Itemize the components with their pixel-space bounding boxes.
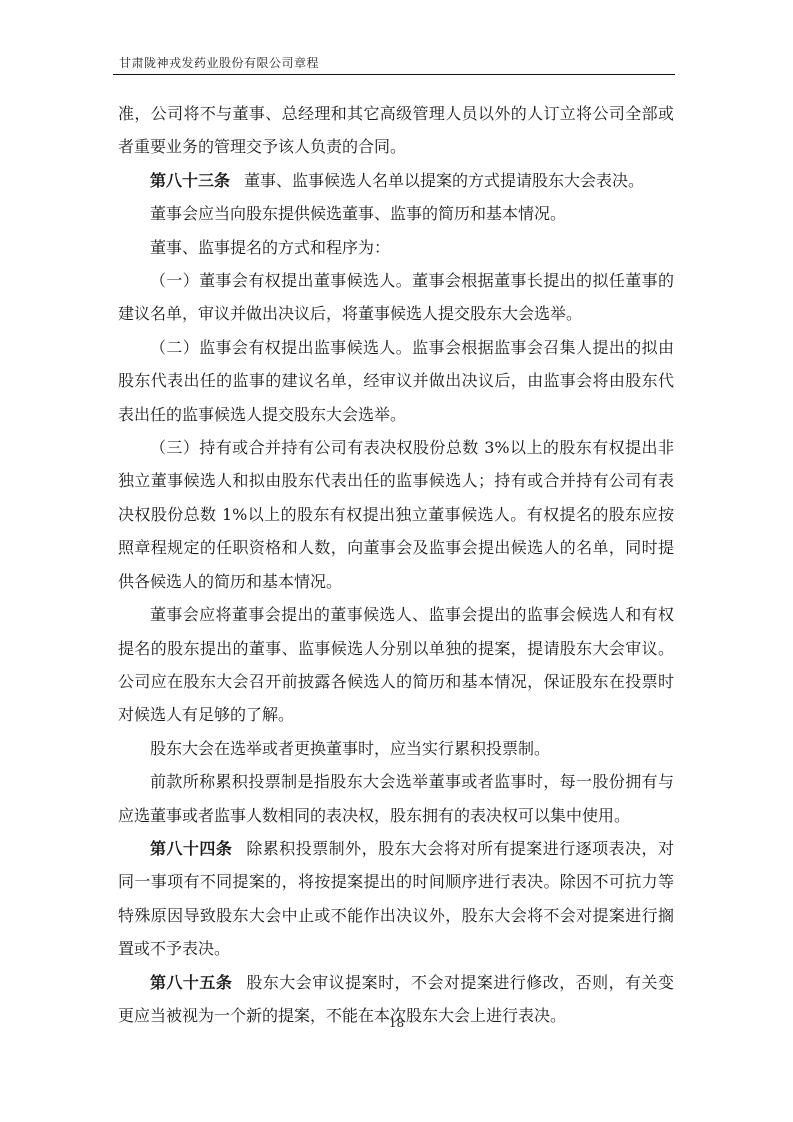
article-84: 第八十四条除累积投票制外，股东大会将对所有提案进行逐项表决，对同一事项有不同提案… <box>118 832 674 966</box>
list-item-2: （二）监事会有权提出监事候选人。监事会根据监事会召集人提出的拟由股东代表出任的监… <box>118 331 674 431</box>
paragraph-text: （三）持有或合并持有公司有表决权股份总数 3%以上的股东有权提出非独立董事候选人… <box>118 438 674 591</box>
list-item-1: （一）董事会有权提出董事候选人。董事会根据董事长提出的拟任董事的建议名单，审议并… <box>118 264 674 331</box>
paragraph-text: 董事会应将董事会提出的董事候选人、监事会提出的监事会候选人和有权提名的股东提出的… <box>118 605 674 724</box>
article-number: 第八十五条 <box>150 973 232 992</box>
paragraph-text: （一）董事会有权提出董事候选人。董事会根据董事长提出的拟任董事的建议名单，审议并… <box>118 271 674 323</box>
paragraph: 前款所称累积投票制是指股东大会选举董事或者监事时，每一股份拥有与应选董事或者监事… <box>118 765 674 832</box>
paragraph-text: 董事会应当向股东提供候选董事、监事的简历和基本情况。 <box>150 204 566 223</box>
list-item-3: （三）持有或合并持有公司有表决权股份总数 3%以上的股东有权提出非独立董事候选人… <box>118 431 674 598</box>
paragraph-text: （二）监事会有权提出监事候选人。监事会根据监事会召集人提出的拟由股东代表出任的监… <box>118 338 674 424</box>
page-number: 18 <box>0 1016 793 1030</box>
document-title: 甘肃陇神戎发药业股份有限公司章程 <box>119 56 319 70</box>
article-number: 第八十三条 <box>150 171 230 190</box>
paragraph: 股东大会在选举或者更换董事时，应当实行累积投票制。 <box>118 732 674 765</box>
page-header: 甘肃陇神戎发药业股份有限公司章程 <box>113 56 675 75</box>
paragraph: 董事会应当向股东提供候选董事、监事的简历和基本情况。 <box>118 197 674 230</box>
paragraph-text: 前款所称累积投票制是指股东大会选举董事或者监事时，每一股份拥有与应选董事或者监事… <box>118 772 674 824</box>
paragraph: 董事会应将董事会提出的董事候选人、监事会提出的监事会候选人和有权提名的股东提出的… <box>118 598 674 732</box>
document-body: 准，公司将不与董事、总经理和其它高级管理人员以外的人订立将公司全部或者重要业务的… <box>118 97 674 1032</box>
paragraph-continuation: 准，公司将不与董事、总经理和其它高级管理人员以外的人订立将公司全部或者重要业务的… <box>118 97 674 164</box>
article-number: 第八十四条 <box>150 839 232 858</box>
paragraph-text: 董事、监事候选人名单以提案的方式提请股东大会表决。 <box>244 171 644 190</box>
paragraph-text: 董事、监事提名的方式和程序为： <box>150 238 390 257</box>
article-83: 第八十三条董事、监事候选人名单以提案的方式提请股东大会表决。 <box>118 164 674 197</box>
paragraph: 董事、监事提名的方式和程序为： <box>118 231 674 264</box>
paragraph-text: 准，公司将不与董事、总经理和其它高级管理人员以外的人订立将公司全部或者重要业务的… <box>118 104 674 156</box>
paragraph-text: 股东大会在选举或者更换董事时，应当实行累积投票制。 <box>150 739 550 758</box>
